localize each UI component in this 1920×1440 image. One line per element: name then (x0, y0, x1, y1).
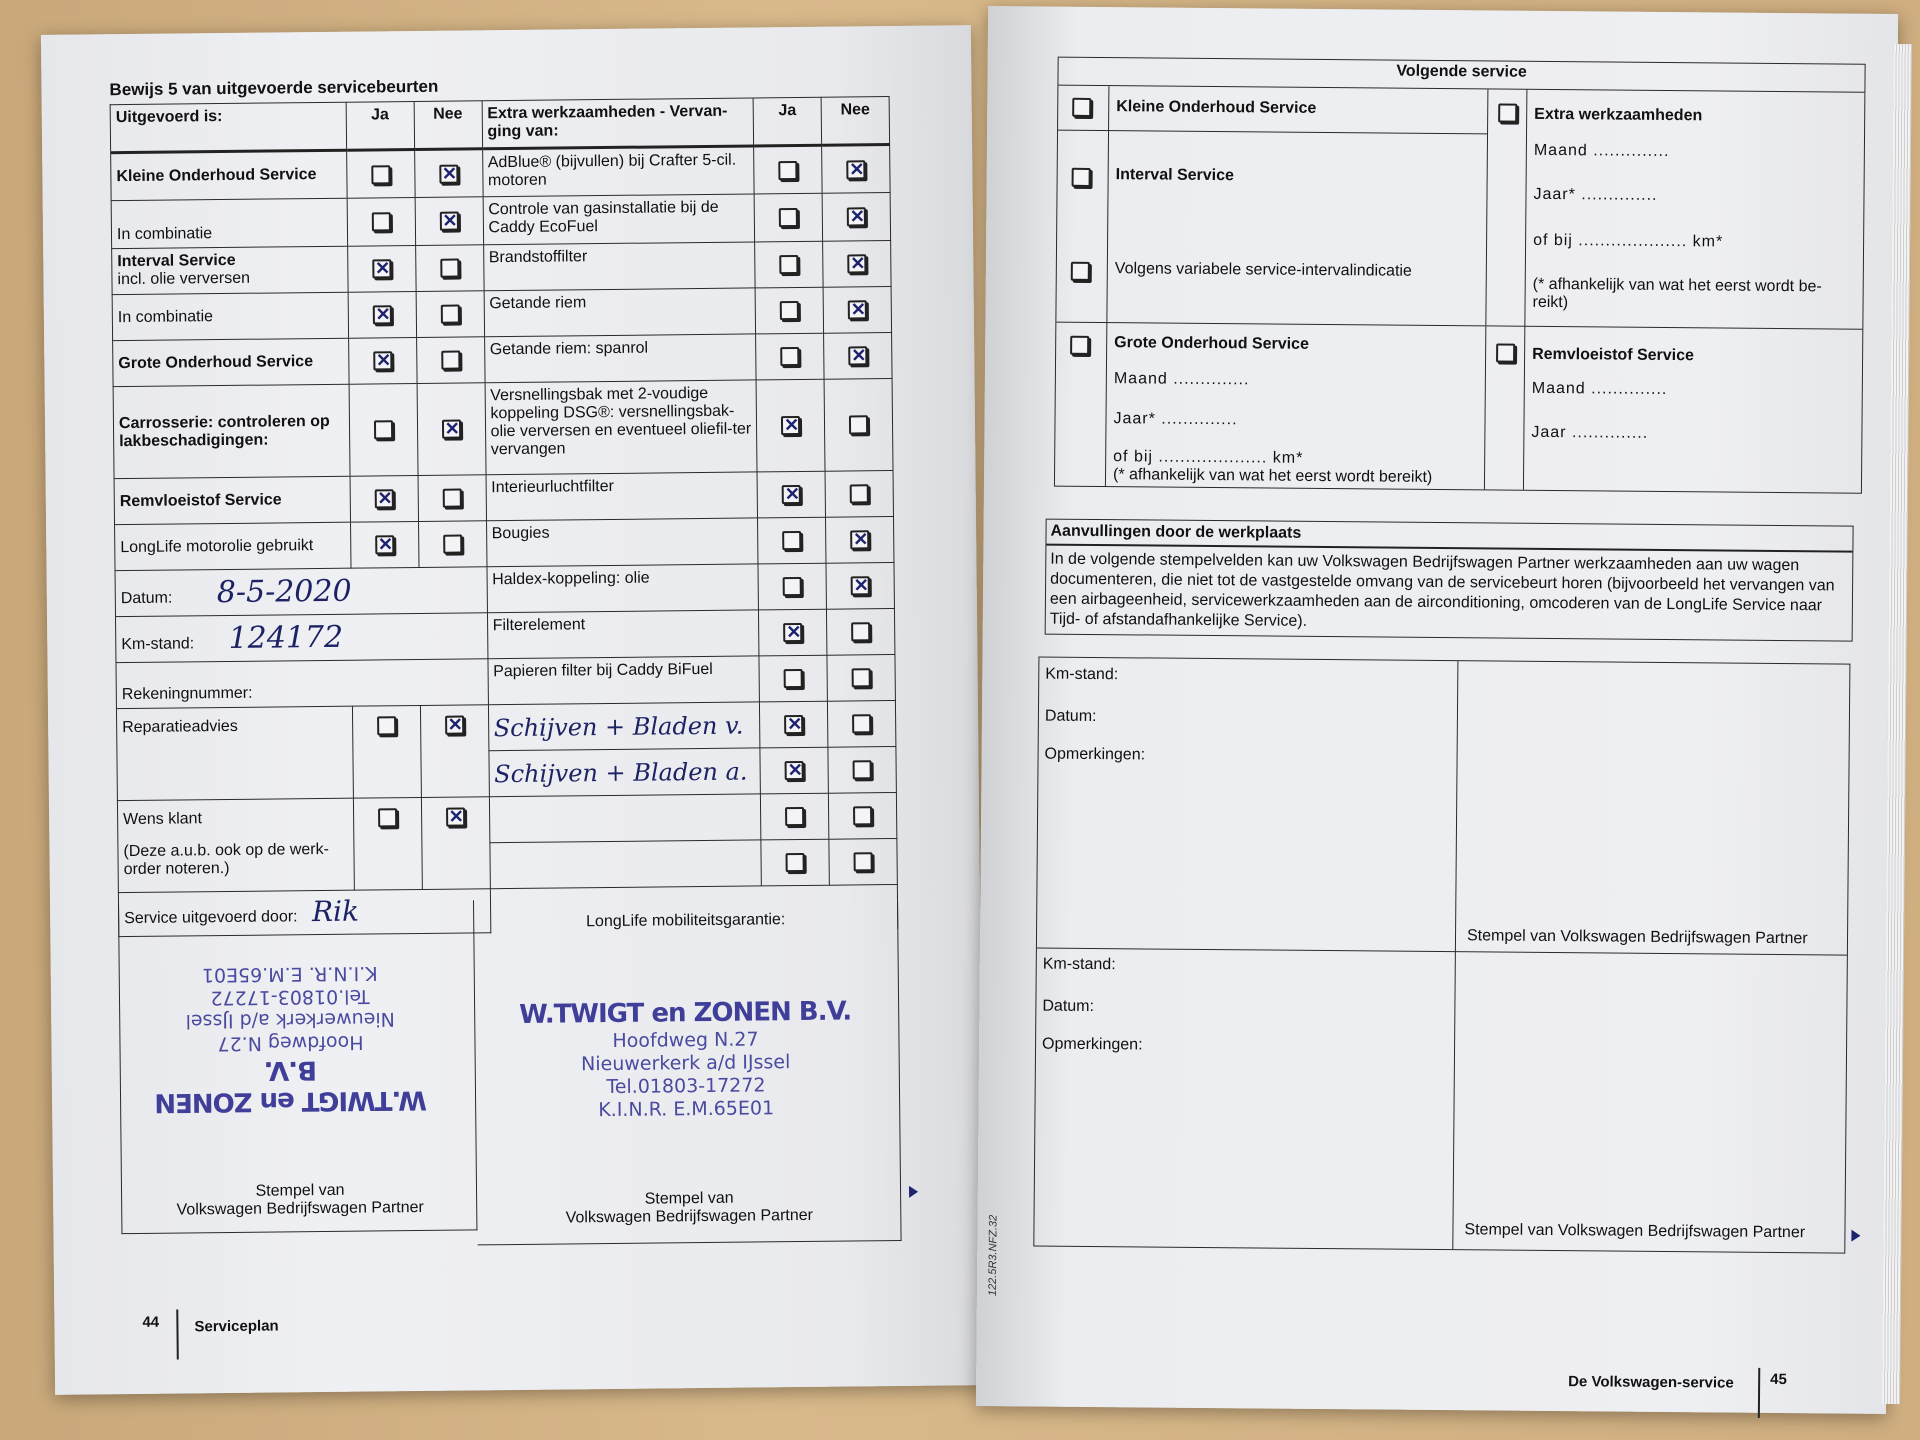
kleine-nee-checkbox[interactable] (439, 164, 458, 183)
extra-nee-checkbox[interactable] (851, 576, 870, 595)
next-extra-label: Extra werkzaamheden (1534, 106, 1702, 125)
field1-km-label: Km-stand: (1045, 666, 1118, 685)
extra-footnote: (* afhankelijk van wat het eerst wordt b… (1532, 276, 1852, 315)
stamp-company: W.TWIGT en ZONEN B.V. (141, 1052, 442, 1118)
carrosserie-nee-checkbox[interactable] (442, 420, 461, 439)
stamp-city: Nieuwerkerk a/d IJssel (140, 1006, 440, 1032)
next-kleine-checkbox[interactable] (1072, 98, 1091, 117)
stamp-code: K.I.N.R. E.M.65E01 (140, 961, 440, 987)
section-name-right: De Volkswagen-service (1568, 1373, 1734, 1391)
interval-comb-nee-checkbox[interactable] (440, 305, 459, 324)
extra-jaar-field[interactable]: Jaar* .............. (1533, 186, 1657, 205)
stamp-box-left: W.TWIGT en ZONEN B.V. Hoofdweg N.27 Nieu… (118, 900, 477, 1234)
next-remvloeistof-checkbox[interactable] (1496, 344, 1515, 363)
next-interval-label: Interval Service (1116, 166, 1234, 185)
table-row: Datum: 8-5-2020Haldex-koppeling: olie (115, 563, 894, 617)
continue-arrow-icon (1851, 1230, 1860, 1242)
rekening-row: Rekeningnummer: (116, 659, 488, 709)
stamp-upright: W.TWIGT en ZONEN B.V. Hoofdweg N.27 Nieu… (515, 996, 856, 1122)
rem-jaar-field[interactable]: Jaar .............. (1531, 424, 1648, 443)
extra-item-label: Controle van gasinstallatie bij de Caddy… (483, 194, 755, 245)
caption-line-2: Volkswagen Bedrijfswagen Partner (477, 1206, 901, 1228)
datum-row: Datum: 8-5-2020 (115, 567, 487, 617)
extra-nee-checkbox[interactable] (852, 668, 871, 687)
stamp-code: K.I.N.R. E.M.65E01 (516, 1096, 856, 1122)
km-row: Km-stand: 124172 (116, 613, 488, 663)
extra-ja-checkbox[interactable] (784, 715, 803, 734)
page-edge (1882, 44, 1912, 1404)
header-uitgevoerd: Uitgevoerd is: (110, 102, 346, 152)
stamp-box-right: LongLife mobiliteitsgarantie: W.TWIGT en… (474, 896, 902, 1245)
km-value[interactable]: 124172 (228, 620, 343, 656)
header-extra-nee: Nee (821, 97, 889, 146)
datum-value[interactable]: 8-5-2020 (217, 574, 352, 610)
extra-nee-checkbox[interactable] (846, 160, 865, 179)
service-label: Grote Onderhoud Service (113, 338, 349, 386)
table-row: Kleine Onderhoud ServiceAdBlue® (bijvull… (111, 145, 890, 201)
service-label: In combinatie (111, 198, 347, 248)
page-number-left: 44 (142, 1314, 159, 1331)
field2-km-label: Km-stand: (1043, 956, 1116, 975)
reparatie-nee-checkbox[interactable] (445, 716, 464, 735)
left-page: Bewijs 5 van uitgevoerde servicebeurten … (41, 25, 985, 1395)
table-row: In combinatieControle van gasinstallatie… (111, 193, 890, 249)
extra-ja-checkbox[interactable] (783, 623, 802, 642)
extra-item-label: Haldex-koppeling: olie (487, 564, 759, 613)
grote-maand-field[interactable]: Maand .............. (1114, 370, 1250, 389)
table-row: Rekeningnummer:Papieren filter bij Caddy… (116, 654, 895, 708)
wens-ja-checkbox[interactable] (378, 808, 397, 827)
next-remvloeistof-label: Remvloeistof Service (1532, 346, 1694, 365)
field1-datum-label: Datum: (1045, 708, 1097, 726)
extra-ja-checkbox[interactable] (784, 669, 803, 688)
rekening-label: Rekeningnummer: (122, 685, 253, 703)
extra-ja-checkbox[interactable] (785, 761, 804, 780)
remvloeistof-nee-checkbox[interactable] (442, 489, 461, 508)
extra-ja-checkbox[interactable] (781, 416, 800, 435)
extra-item-label: Getande riem: spanrol (484, 334, 756, 383)
extra-item-label: Interieurluchtfilter (486, 472, 758, 521)
remvloeistof-ja-checkbox[interactable] (374, 489, 393, 508)
next-variabele-checkbox[interactable] (1071, 262, 1090, 281)
extra-ja-checkbox[interactable] (783, 577, 802, 596)
header-ja: Ja (346, 102, 414, 151)
doc-code: 122.5R3.NFZ.32 (987, 1215, 1000, 1296)
extra-item-label: Bougies (486, 518, 758, 567)
extra-item-label: Versnellingsbak met 2-voudige koppeling … (485, 380, 758, 475)
extra-nee-checkbox[interactable] (848, 346, 867, 365)
extra-ja-checkbox[interactable] (782, 531, 801, 550)
carrosserie-ja-checkbox[interactable] (374, 420, 393, 439)
wens-nee-checkbox[interactable] (446, 808, 465, 827)
stamp-caption-left: Stempel van Volkswagen Bedrijfswagen Par… (122, 1180, 478, 1220)
wens-note: (Deze a.u.b. ook op de werk-order notere… (123, 841, 348, 879)
extra-item-label: Papieren filter bij Caddy BiFuel (488, 656, 760, 705)
stamp-address: Hoofdweg N.27 (140, 1029, 440, 1055)
page-number-right: 45 (1770, 1371, 1787, 1388)
extra-ja-checkbox[interactable] (786, 853, 805, 872)
next-grote-checkbox[interactable] (1070, 336, 1089, 355)
extra-ja-checkbox[interactable] (780, 347, 799, 366)
grote-ja-checkbox[interactable] (373, 351, 392, 370)
table-row: ReparatieadviesSchijven + Bladen v. (116, 700, 895, 754)
interval-label: Interval Service (117, 252, 235, 270)
service-label: Interval Serviceincl. olie verversen (112, 246, 348, 294)
extra-item-label (489, 794, 761, 843)
continue-arrow-icon (909, 1186, 918, 1198)
extra-ja-checkbox[interactable] (778, 160, 797, 179)
extra-ja-checkbox[interactable] (782, 485, 801, 504)
table-row: Wens klant(Deze a.u.b. ook op de werk-or… (117, 792, 896, 846)
aanvullingen-text: In de volgende stempelvelden kan uw Volk… (1046, 546, 1853, 641)
next-service-left: Kleine Onderhoud Service Interval Servic… (1055, 86, 1488, 490)
table-row: LongLife motorolie gebruiktBougies (115, 517, 894, 571)
interval-ja-checkbox[interactable] (372, 259, 391, 278)
extra-nee-checkbox[interactable] (850, 484, 869, 503)
extra-item-label: AdBlue® (bijvullen) bij Crafter 5-cil. m… (482, 146, 754, 197)
service-label: Carrosserie: controleren op lakbeschadig… (113, 384, 350, 478)
extra-nee-checkbox[interactable] (851, 622, 870, 641)
field2-stamp-caption: Stempel van Volkswagen Bedrijfswagen Par… (1464, 1221, 1805, 1242)
extra-nee-checkbox[interactable] (847, 254, 866, 273)
footer-divider (1758, 1368, 1760, 1418)
stamp-phone: Tel.01803-17272 (140, 984, 440, 1010)
extra-ja-checkbox[interactable] (780, 301, 799, 320)
header-extra-ja: Ja (753, 97, 821, 146)
stamp-company: W.TWIGT en ZONEN B.V. (515, 996, 855, 1031)
wens-row: Wens klant(Deze a.u.b. ook op de werk-or… (117, 798, 354, 892)
extra-nee-checkbox[interactable] (847, 207, 866, 226)
footer-divider (176, 1310, 179, 1360)
interval-sublabel: incl. olie verversen (117, 270, 250, 288)
km-label: Km-stand: (121, 635, 194, 653)
table-row: Km-stand: 124172Filterelement (116, 608, 895, 662)
extra-nee-checkbox[interactable] (852, 714, 871, 733)
workshop-stamp-grid: Km-stand: Datum: Opmerkingen: Stempel va… (1033, 657, 1850, 1254)
next-grote-label: Grote Onderhoud Service (1114, 334, 1309, 354)
extra-nee-checkbox[interactable] (853, 806, 872, 825)
extra-nee-checkbox[interactable] (849, 415, 868, 434)
next-variabele-label: Volgens variabele service-intervalindica… (1115, 260, 1412, 281)
kleine-ja-checkbox[interactable] (371, 165, 390, 184)
field1-stamp-caption: Stempel van Volkswagen Bedrijfswagen Par… (1467, 927, 1808, 948)
field1-opmerkingen-label: Opmerkingen: (1045, 746, 1146, 765)
table-row: Remvloeistof ServiceInterieurluchtfilter (114, 471, 893, 525)
extra-nee-checkbox[interactable] (850, 530, 869, 549)
service-proof-table: Uitgevoerd is: Ja Nee Extra werkzaamhede… (110, 96, 899, 937)
extra-ja-checkbox[interactable] (785, 807, 804, 826)
longlife-ja-checkbox[interactable] (375, 535, 394, 554)
interval-comb-ja-checkbox[interactable] (372, 305, 391, 324)
grote-km-field[interactable]: of bij .................... km* (1113, 448, 1303, 468)
stamp-caption-right: Stempel van Volkswagen Bedrijfswagen Par… (477, 1188, 901, 1228)
extra-maand-field[interactable]: Maand .............. (1534, 142, 1670, 161)
table-row: Carrosserie: controleren op lakbeschadig… (113, 379, 893, 479)
table-row: Grote Onderhoud ServiceGetande riem: spa… (113, 333, 892, 387)
reparatie-label: Reparatieadvies (116, 706, 353, 800)
right-page: Volgende service Kleine Onderhoud Servic… (976, 6, 1898, 1414)
reparatie-ja-checkbox[interactable] (377, 716, 396, 735)
grote-nee-checkbox[interactable] (441, 351, 460, 370)
rem-maand-field[interactable]: Maand .............. (1532, 380, 1668, 399)
longlife-nee-checkbox[interactable] (443, 535, 462, 554)
interval-nee-checkbox[interactable] (440, 259, 459, 278)
extra-nee-checkbox[interactable] (854, 852, 873, 871)
wens-label: Wens klant (123, 809, 348, 829)
header-nee: Nee (414, 101, 482, 150)
form-title: Bewijs 5 van uitgevoerde servicebeurten (109, 77, 438, 100)
service-label: Kleine Onderhoud Service (111, 150, 347, 200)
extra-item-handwritten[interactable]: Schijven + Bladen a. (488, 748, 760, 797)
extra-item-label: Getande riem (484, 288, 756, 337)
grote-jaar-field[interactable]: Jaar* .............. (1113, 410, 1237, 429)
extra-nee-checkbox[interactable] (853, 760, 872, 779)
service-label: Remvloeistof Service (114, 476, 350, 524)
table-row: Interval Serviceincl. olie verversenBran… (112, 241, 891, 295)
next-service-box: Volgende service Kleine Onderhoud Servic… (1054, 57, 1866, 494)
extra-km-field[interactable]: of bij .................... km* (1533, 232, 1723, 252)
next-interval-checkbox[interactable] (1072, 168, 1091, 187)
section-name-left: Serviceplan (194, 1317, 278, 1335)
next-service-right: Extra werkzaamheden Maand ..............… (1485, 89, 1864, 492)
field2-opmerkingen-label: Opmerkingen: (1042, 1036, 1143, 1055)
next-extra-checkbox[interactable] (1498, 104, 1517, 123)
field2-datum-label: Datum: (1042, 998, 1094, 1016)
kleine-comb-ja-checkbox[interactable] (371, 212, 390, 231)
stamp-upside-down: W.TWIGT en ZONEN B.V. Hoofdweg N.27 Nieu… (140, 961, 442, 1118)
service-label: LongLife motorolie gebruikt (115, 522, 351, 570)
header-extra: Extra werkzaamheden - Vervan-ging van: (482, 98, 754, 149)
grote-footnote: (* afhankelijk van wat het eerst wordt b… (1113, 466, 1432, 487)
extra-ja-checkbox[interactable] (779, 208, 798, 227)
caption-line-2: Volkswagen Bedrijfswagen Partner (122, 1198, 478, 1220)
extra-item-handwritten[interactable]: Schijven + Bladen v. (488, 702, 760, 751)
extra-item-label (489, 840, 761, 889)
service-label: In combinatie (112, 292, 348, 340)
next-kleine-label: Kleine Onderhoud Service (1116, 98, 1316, 118)
extra-ja-checkbox[interactable] (779, 255, 798, 274)
datum-label: Datum: (121, 590, 173, 608)
extra-nee-checkbox[interactable] (848, 300, 867, 319)
longlife-label: LongLife mobiliteitsgarantie: (474, 910, 897, 932)
table-row: In combinatieGetande riem (112, 287, 891, 341)
aanvullingen-box: Aanvullingen door de werkplaats In de vo… (1045, 519, 1854, 642)
extra-item-label: Filterelement (487, 610, 759, 659)
kleine-comb-nee-checkbox[interactable] (439, 212, 458, 231)
extra-item-label: Brandstoffilter (483, 242, 755, 291)
